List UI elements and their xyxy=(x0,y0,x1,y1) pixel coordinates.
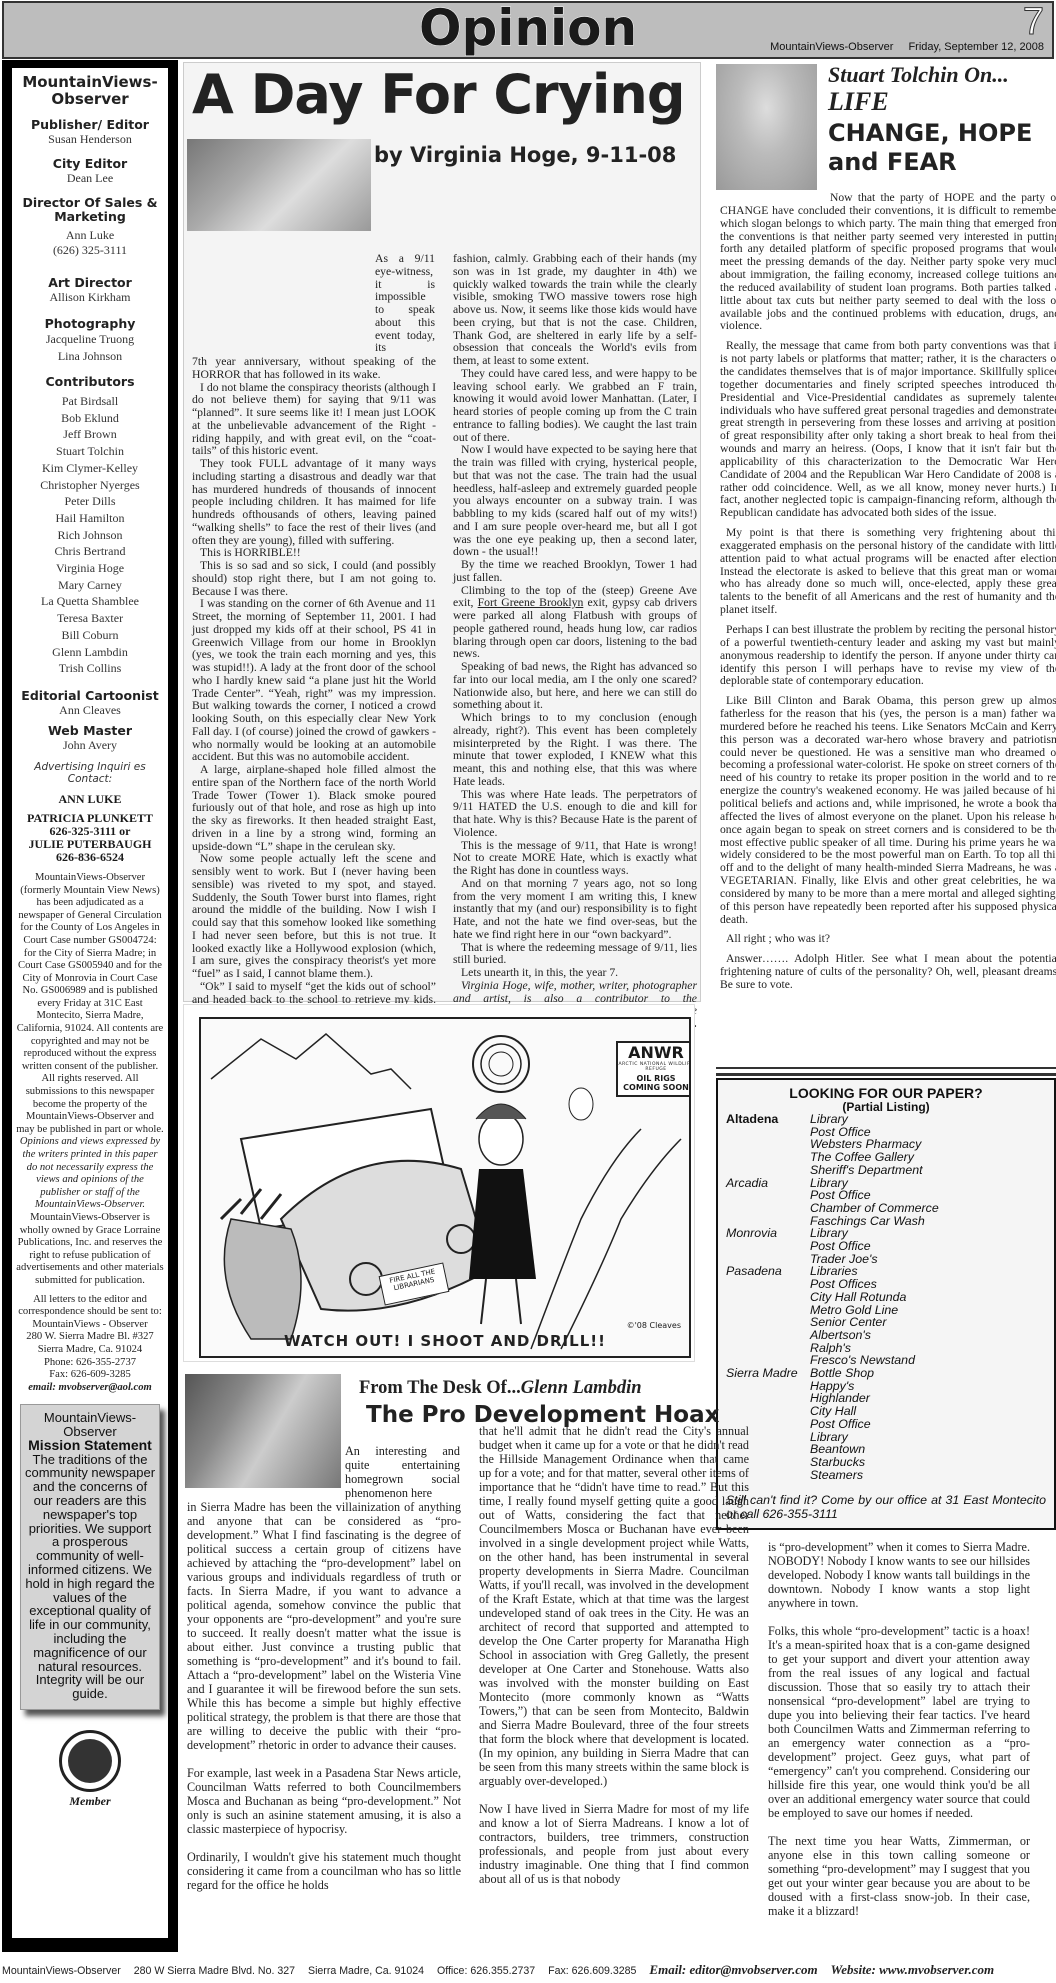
location-name: Chamber of Commerce xyxy=(810,1202,939,1215)
ad-contact-phone: 626-325-3111 or xyxy=(16,825,164,838)
author-name: Glenn Lambdin xyxy=(521,1378,642,1398)
divider xyxy=(716,1067,1056,1069)
legal-text: MountainViews-Observer (formerly Mountai… xyxy=(16,872,163,1135)
author-photo-virginia-hoge xyxy=(187,139,371,231)
contributor-name: Hail Hamilton xyxy=(16,510,164,527)
mission-title: Mission Statement xyxy=(24,1439,156,1453)
sign-title: ANWR xyxy=(618,1043,691,1062)
page-footer: MountainViews-Observer 280 W Sierra Madr… xyxy=(0,1958,1056,1980)
location-name: Library xyxy=(810,1113,848,1126)
location-name: Sheriff's Department xyxy=(810,1164,923,1177)
footer-fax: Fax: 626.609.3285 xyxy=(548,1965,636,1977)
ad-contact-phone: 626-836-6524 xyxy=(16,851,164,864)
fort-greene-link[interactable]: Fort Greene Brooklyn xyxy=(478,596,584,609)
paragraph: They could have cared less, and were hap… xyxy=(453,368,697,445)
paragraph: This is the message of 9/11, that Hate i… xyxy=(453,840,697,878)
contributor-name: Teresa Baxter xyxy=(16,610,164,627)
footer-city: Sierra Madre, Ca. 91024 xyxy=(308,1965,424,1977)
footer-address: 280 W Sierra Madre Blvd. No. 327 xyxy=(134,1965,295,1977)
article-body: Now that the party of HOPE and the party… xyxy=(720,192,1056,999)
paragraph: The next time you hear Watts, Zimmerman,… xyxy=(768,1834,1030,1918)
paragraph: A large, airplane-shaped hole filled alm… xyxy=(192,764,436,853)
cartoon-caption: WATCH OUT! I SHOOT AND DRILL!! xyxy=(201,1332,689,1350)
legal-notice: MountainViews-Observer (formerly Mountai… xyxy=(16,872,164,1288)
city-name: Pasadena xyxy=(726,1265,810,1278)
staff-role-sales-director: Director Of Sales & Marketing Ann Luke (… xyxy=(16,196,164,258)
paragraph: By the time we reached Brooklyn, Tower 1… xyxy=(453,559,697,585)
ad-contact-name: ANN LUKE xyxy=(16,793,164,806)
footer-office-phone: Office: 626.355.2737 xyxy=(437,1965,535,1977)
location-name: City Hall Rotunda xyxy=(810,1291,906,1304)
letters-recipient: MountainViews - Observer xyxy=(16,1319,164,1332)
paragraph: that he'll admit that he didn't read the… xyxy=(479,1424,749,1788)
paragraph: Ordinarily, I wouldn't give his statemen… xyxy=(187,1850,461,1892)
author-photo-glenn-lambdin xyxy=(185,1374,341,1488)
column-kicker: Stuart Tolchin On... xyxy=(828,62,1009,87)
location-name: The Coffee Gallery xyxy=(810,1151,914,1164)
paragraph: Now that the party of HOPE and the party… xyxy=(720,192,1056,333)
role-label: Director Of Sales & Marketing xyxy=(16,196,164,224)
staff-role-city-editor: City Editor Dean Lee xyxy=(16,157,164,186)
article-byline: by Virginia Hoge, 9-11-08 xyxy=(374,143,676,167)
role-label: Photography xyxy=(16,317,164,331)
masthead-subline: MountainViews-Observer Friday, September… xyxy=(758,41,1044,53)
article-column-3: is “pro-development” when it comes to Si… xyxy=(768,1540,1030,1932)
letters-phone: Phone: 626-355-2737 xyxy=(16,1357,164,1370)
kicker-prefix: From The Desk Of... xyxy=(359,1378,521,1398)
location-row: AltadenaLibrary xyxy=(726,1113,1046,1126)
paragraph: in Sierra Madre has been the villainizat… xyxy=(187,1500,461,1752)
legal-disclaimer: Opinions and views expressed by the writ… xyxy=(20,1136,160,1210)
location-row: Senior Center xyxy=(726,1316,1046,1329)
article-column-2: that he'll admit that he didn't read the… xyxy=(479,1424,749,1900)
letters-fax: Fax: 626-609-3285 xyxy=(16,1369,164,1382)
sign-text: OIL RIGS COMING SOON xyxy=(618,1074,691,1092)
location-row: Albertson's xyxy=(726,1329,1046,1342)
paragraph: My point is that there is something very… xyxy=(720,527,1056,617)
contributors-list: Pat Birdsall Bob Eklund Jeff Brown Stuar… xyxy=(16,393,164,677)
staff-name: Dean Lee xyxy=(16,171,164,186)
article-headline: CHANGE, HOPE and FEAR xyxy=(828,119,1032,177)
paragraph: For example, last week in a Pasadena Sta… xyxy=(187,1766,461,1836)
article-column-2: fashion, calmly. Grabbing each of their … xyxy=(453,253,697,1044)
paragraph: This was where Hate leads. The perpetrat… xyxy=(453,789,697,840)
staff-name: Allison Kirkham xyxy=(16,290,164,305)
ad-contact-name: PATRICIA PLUNKETT xyxy=(16,812,164,825)
issue-date: Friday, September 12, 2008 xyxy=(908,41,1044,53)
author-photo-stuart-tolchin xyxy=(716,64,817,190)
staff-paper-name-line1: MountainViews- xyxy=(16,74,164,91)
role-label: Art Director xyxy=(16,276,164,290)
webmaster-label: Web Master xyxy=(16,724,164,738)
paragraph: And on that morning 7 years ago, not so … xyxy=(453,878,697,942)
mission-text: The traditions of the community newspape… xyxy=(24,1453,156,1701)
ad-contact-name: JULIE PUTERBAUGH xyxy=(16,838,164,851)
article-intro: As a 9/11 eye-witness, it is impossible … xyxy=(375,253,435,355)
paragraph: That is where the redeeming message of 9… xyxy=(453,942,697,968)
paragraph: I was standing on the corner of 6th Aven… xyxy=(192,598,436,764)
paragraph: fashion, calmly. Grabbing each of their … xyxy=(453,253,697,368)
paragraph: Answer……. Adolph Hitler. See what I mean… xyxy=(720,953,1056,992)
staff-role-art-director: Art Director Allison Kirkham xyxy=(16,276,164,305)
paragraph: Now I have lived in Sierra Madre for mos… xyxy=(479,1802,749,1886)
article-pro-development-hoax: From The Desk Of...Glenn Lambdin The Pro… xyxy=(183,1372,1056,1952)
webmaster-name: John Avery xyxy=(16,738,164,753)
contributor-name: Jeff Brown xyxy=(16,426,164,443)
publication-name: MountainViews-Observer xyxy=(770,41,893,53)
contributor-name: La Quetta Shamblee xyxy=(16,593,164,610)
cartoon-frame: ANWR ARCTIC NATIONAL WILDLIFE REFUGE OIL… xyxy=(199,1017,691,1358)
city-name: Arcadia xyxy=(726,1177,810,1190)
location-row: City Hall Rotunda xyxy=(726,1291,1046,1304)
contributor-name: Stuart Tolchin xyxy=(16,443,164,460)
contributor-name: Virginia Hoge xyxy=(16,560,164,577)
article-day-for-crying: A Day For Crying by Virginia Hoge, 9-11-… xyxy=(183,62,701,1002)
location-name: Albertson's xyxy=(810,1329,871,1342)
contributor-name: Peter Dills xyxy=(16,493,164,510)
editorial-cartoon: ANWR ARCTIC NATIONAL WILDLIFE REFUGE OIL… xyxy=(183,1004,695,1362)
contributor-name: Bob Eklund xyxy=(16,410,164,427)
role-label: Publisher/ Editor xyxy=(16,118,164,132)
paragraph: Now I would have expected to be saying h… xyxy=(453,444,697,559)
article-headline: A Day For Crying xyxy=(192,63,685,126)
article-intro: An interesting and quite entertaining ho… xyxy=(345,1444,460,1500)
divider xyxy=(716,1073,1056,1076)
nna-member-badge: Member xyxy=(16,1730,164,1809)
staff-box: MountainViews- Observer Publisher/ Edito… xyxy=(2,60,178,1952)
paragraph: This is so sad and so sick, I could (and… xyxy=(192,560,436,598)
location-row: Metro Gold Line xyxy=(726,1304,1046,1317)
headline-line: and FEAR xyxy=(828,148,1032,177)
paragraph: Perhaps I can best illustrate the proble… xyxy=(720,624,1056,688)
contributor-name: Trish Collins xyxy=(16,660,164,677)
article-column-1: 7th year anniversary, without speaking o… xyxy=(192,356,436,1032)
role-label: City Editor xyxy=(16,157,164,171)
contributor-name: Mary Carney xyxy=(16,577,164,594)
letters-email-link[interactable]: email: mvobserver@aol.com xyxy=(16,1382,164,1395)
staff-name: Lina Johnson xyxy=(16,348,164,365)
page-number: 7 xyxy=(1023,1,1044,44)
location-name: Post Office xyxy=(810,1240,871,1253)
paragraph: is “pro-development” when it comes to Si… xyxy=(768,1540,1030,1610)
staff-paper-name: MountainViews- Observer xyxy=(16,74,164,108)
location-row: Sheriff's Department xyxy=(726,1164,1046,1177)
column-name: LIFE xyxy=(828,87,889,117)
letters-city: Sierra Madre, Ca. 91024 xyxy=(16,1344,164,1357)
listing-title: LOOKING FOR OUR PAPER? xyxy=(726,1086,1046,1101)
footer-website-link[interactable]: Website: www.mvobserver.com xyxy=(831,1962,995,1977)
legal-ownership: MountainViews-Observer is wholly owned b… xyxy=(16,1212,163,1286)
article-change-hope-fear: Stuart Tolchin On... LIFE CHANGE, HOPE a… xyxy=(712,62,1056,1064)
location-row: ArcadiaLibrary xyxy=(726,1177,1046,1190)
contributors-label: Contributors xyxy=(16,375,164,389)
staff-role-photography: Photography Jacqueline Truong Lina Johns… xyxy=(16,317,164,365)
advertising-inquiries-label: Advertising Inquiri es Contact: xyxy=(16,761,164,785)
cartoonist-name: Ann Cleaves xyxy=(16,703,164,718)
footer-email-link[interactable]: Email: editor@mvobserver.com xyxy=(649,1962,817,1977)
paragraph: Which brings to to my conclusion (enough… xyxy=(453,712,697,789)
paragraph: Folks, this whole “pro-development” tact… xyxy=(768,1624,1030,1820)
paragraph: Speaking of bad news, the Right has adva… xyxy=(453,661,697,712)
letters-street: 280 W. Sierra Madre Bl. #327 xyxy=(16,1331,164,1344)
contributor-name: Bill Coburn xyxy=(16,627,164,644)
contributor-name: Rich Johnson xyxy=(16,527,164,544)
letters-address: All letters to the editor and correspond… xyxy=(16,1294,164,1395)
mission-org: MountainViews-Observer xyxy=(24,1411,156,1439)
cartoonist-label: Editorial Cartoonist xyxy=(16,689,164,703)
paragraph: Now some people actually left the scene … xyxy=(192,853,436,981)
column-kicker: From The Desk Of...Glenn Lambdin xyxy=(359,1378,642,1399)
staff-paper-name-line2: Observer xyxy=(16,91,164,108)
headline-line: CHANGE, HOPE xyxy=(828,119,1032,148)
staff-name: Jacqueline Truong xyxy=(16,331,164,348)
location-row: PasadenaLibraries xyxy=(726,1265,1046,1278)
paragraph: Really, the message that came from both … xyxy=(720,340,1056,520)
mission-statement-box: MountainViews-Observer Mission Statement… xyxy=(20,1404,160,1710)
location-row: MonroviaLibrary xyxy=(726,1227,1046,1240)
location-row: The Coffee Gallery xyxy=(726,1151,1046,1164)
cartoonist-signature: ©'08 Cleaves xyxy=(627,1321,681,1330)
location-name: Post Offices xyxy=(810,1278,877,1291)
location-row: Chamber of Commerce xyxy=(726,1202,1046,1215)
staff-phone: (626) 325-3111 xyxy=(16,243,164,258)
paragraph: They took FULL advantage of it many ways… xyxy=(192,458,436,547)
article-column-1: in Sierra Madre has been the villainizat… xyxy=(187,1500,461,1906)
contributor-name: Christopher Nyerges xyxy=(16,477,164,494)
location-row: Post Offices xyxy=(726,1278,1046,1291)
staff-name: Susan Henderson xyxy=(16,132,164,147)
paragraph: 7th year anniversary, without speaking o… xyxy=(192,356,436,382)
staff-name: Ann Luke xyxy=(16,228,164,243)
contributor-name: Glenn Lambdin xyxy=(16,644,164,661)
staff-box-inner: MountainViews- Observer Publisher/ Edito… xyxy=(12,68,168,1938)
city-name: Altadena xyxy=(726,1113,810,1126)
paragraph: Like Bill Clinton and Barak Obama, this … xyxy=(720,695,1056,926)
nna-member-label: Member xyxy=(69,1794,110,1809)
contributor-name: Pat Birdsall xyxy=(16,393,164,410)
contributor-name: Chris Bertrand xyxy=(16,543,164,560)
location-row: Post Office xyxy=(726,1240,1046,1253)
paragraph: I do not blame the conspiracy theorists … xyxy=(192,382,436,459)
nna-seal-icon xyxy=(59,1730,121,1792)
anwr-sign: ANWR ARCTIC NATIONAL WILDLIFE REFUGE OIL… xyxy=(616,1041,691,1097)
sign-subtitle: ARCTIC NATIONAL WILDLIFE REFUGE xyxy=(618,1062,691,1072)
letters-intro: All letters to the editor and correspond… xyxy=(16,1294,164,1319)
paragraph: Climbing to the top of the (steep) Green… xyxy=(453,585,697,662)
contributor-name: Kim Clymer-Kelley xyxy=(16,460,164,477)
city-name: Monrovia xyxy=(726,1227,810,1240)
footer-publication: MountainViews-Observer xyxy=(2,1965,121,1977)
paragraph: All right ; who was it? xyxy=(720,933,1056,946)
staff-role-publisher: Publisher/ Editor Susan Henderson xyxy=(16,118,164,147)
masthead: Opinion 7 MountainViews-Observer Friday,… xyxy=(2,1,1054,59)
